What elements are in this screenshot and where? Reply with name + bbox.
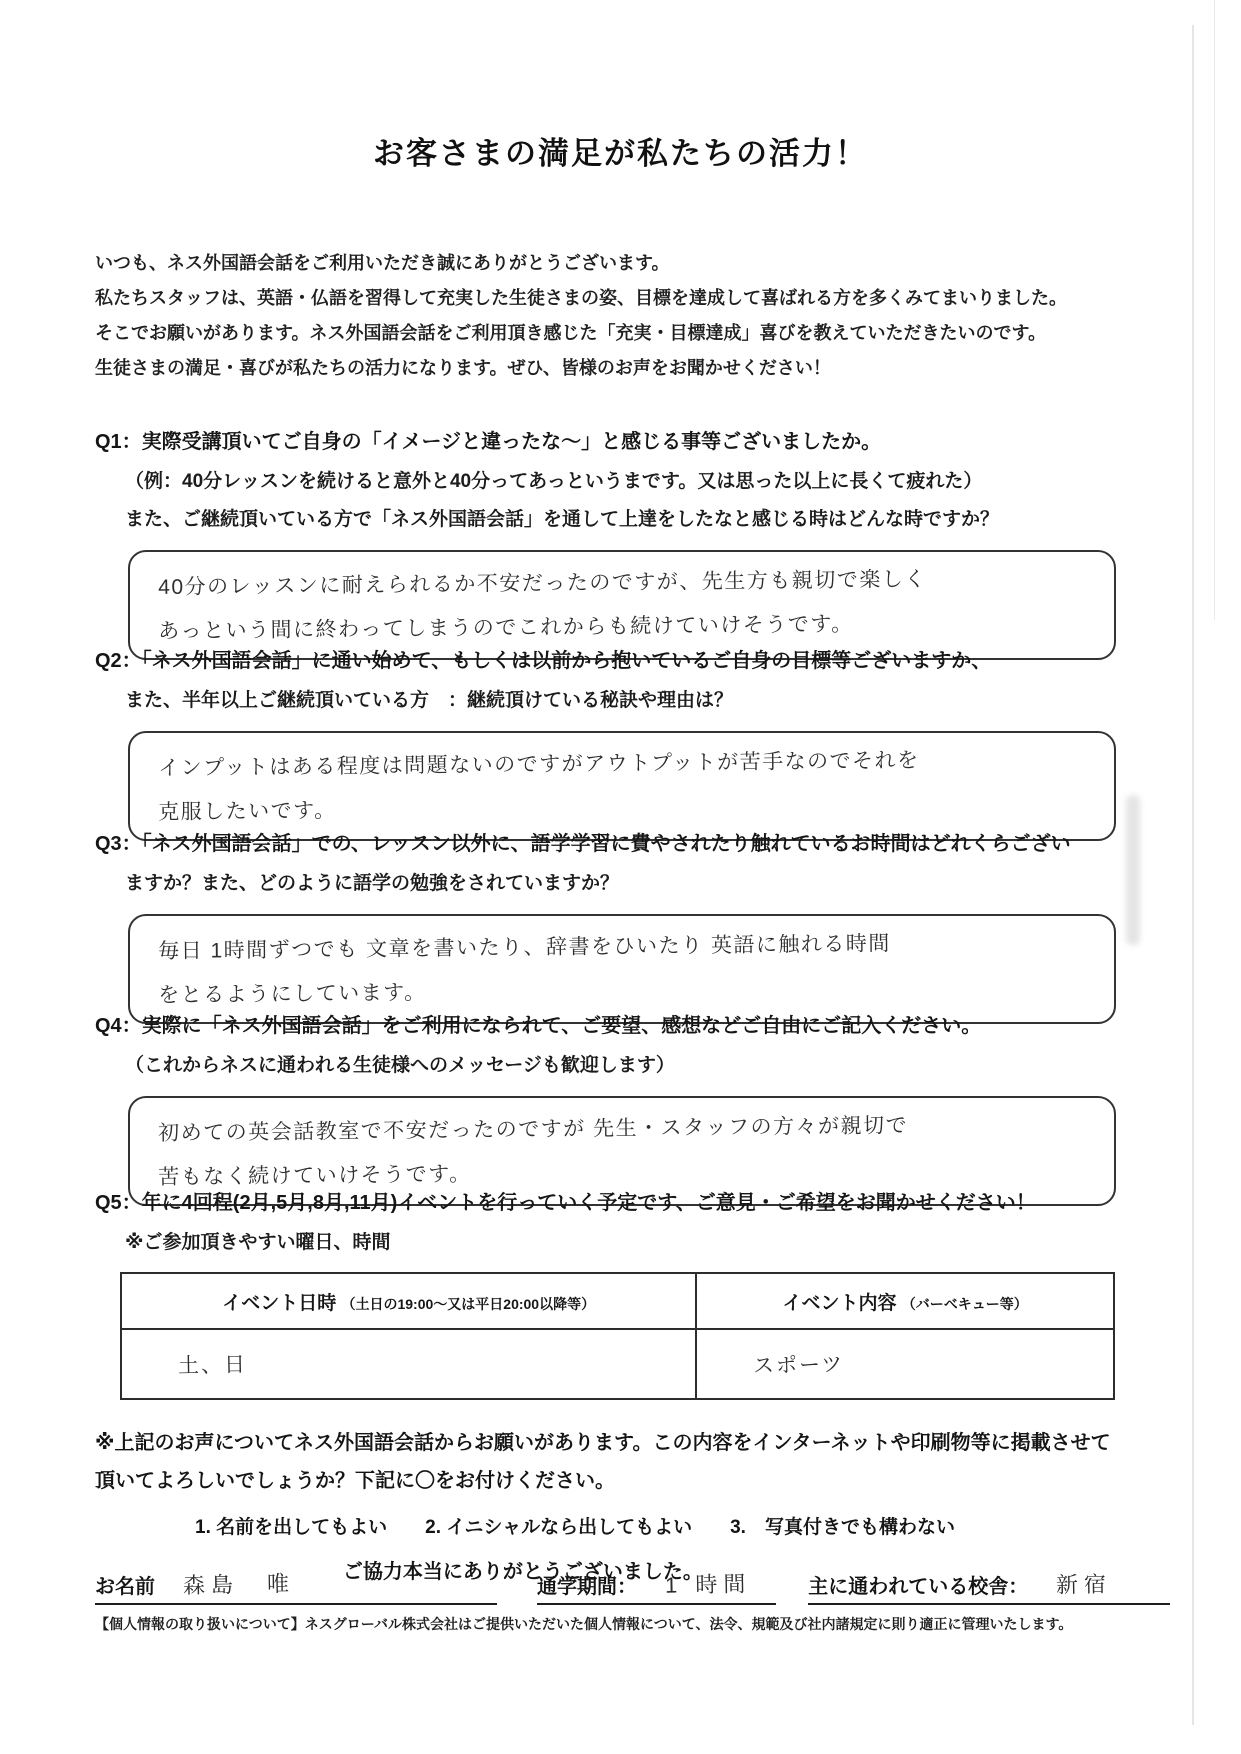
event-content-label: イベント内容: [783, 1293, 897, 1314]
handwritten-name: 森島 唯: [183, 1567, 296, 1600]
q2-answer-box: インプットはある程度は問題ないのですがアウトプットが苦手なのでそれを 克服したい…: [128, 731, 1116, 841]
event-table-header-row: イベント日時 （土日の19:00～又は平日20:00以降等） イベント内容 （バ…: [121, 1273, 1114, 1329]
q4-subprompt: （これからネスに通われる生徒様へのメッセージも歓迎します）: [125, 1050, 1116, 1082]
privacy-note: 【個人情報の取り扱いについて】ネスグローバル株式会社はご提供いただいた個人情報に…: [95, 1614, 1072, 1634]
q2-prompt: Q2：「ネス外国語会話」に通い始めて、もしくは以前から抱いているご自身の目標等ご…: [95, 643, 1116, 679]
handwritten-event-content: スポーツ: [753, 1348, 845, 1380]
event-datetime-note: （土日の19:00～又は平日20:00以降等）: [341, 1296, 595, 1312]
question-q3: Q3：「ネス外国語会話」での、レッスン以外に、語学学習に費やされたり触れているお…: [95, 826, 1116, 1024]
q5-prompt: Q5：年に4回程(2月,5月,8月,11月)イベントを行っていく予定です、ご意見…: [95, 1185, 1036, 1221]
event-table-header-datetime: イベント日時 （土日の19:00～又は平日20:00以降等）: [121, 1273, 696, 1329]
intro-line: いつも、ネス外国語会話をご利用いただき誠にありがとうございます。: [95, 246, 1067, 281]
scan-artifact-line: [1214, 0, 1215, 620]
name-label: お名前: [95, 1570, 155, 1599]
school-field: 主に通われている校舎： 新宿: [808, 1568, 1170, 1605]
name-field: お名前 森島 唯: [95, 1568, 497, 1605]
handwritten-enrollment-period: 1 時間: [665, 1567, 752, 1600]
permission-line: ※上記のお声についてネス外国語会話からお願いがあります。この内容をインターネット…: [95, 1424, 1111, 1462]
permission-options: 1. 名前を出してもよい 2. イニシャルなら出してもよい 3. 写真付きでも構…: [195, 1509, 1111, 1547]
school-label: 主に通われている校舎：: [808, 1570, 1028, 1599]
scan-artifact-smudge: [1126, 795, 1140, 945]
enrollment-period-label: 通学期間：: [537, 1570, 637, 1599]
handwritten-event-datetime: 土、日: [178, 1348, 248, 1379]
intro-line: そこでお願いがあります。ネス外国語会話をご利用頂き感じた「充実・目標達成」喜びを…: [95, 316, 1067, 351]
event-table: イベント日時 （土日の19:00～又は平日20:00以降等） イベント内容 （バ…: [120, 1272, 1115, 1400]
permission-line: 頂いてよろしいでしょうか？下記に〇をお付けください。: [95, 1462, 1111, 1500]
page-title: お客さまの満足が私たちの活力！: [0, 128, 1241, 173]
signature-row: お名前 森島 唯 通学期間： 1 時間 主に通われている校舎： 新宿: [95, 1568, 1170, 1605]
question-q2: Q2：「ネス外国語会話」に通い始めて、もしくは以前から抱いているご自身の目標等ご…: [95, 643, 1116, 841]
event-datetime-label: イベント日時: [222, 1293, 336, 1314]
event-content-cell: スポーツ: [696, 1329, 1114, 1399]
question-q4: Q4：実際に「ネス外国語会話」をご利用になられて、ご要望、感想などご自由にご記入…: [95, 1008, 1116, 1206]
publication-permission: ※上記のお声についてネス外国語会話からお願いがあります。この内容をインターネット…: [95, 1424, 1111, 1591]
q4-prompt: Q4：実際に「ネス外国語会話」をご利用になられて、ご要望、感想などご自由にご記入…: [95, 1008, 1116, 1044]
q1-subprompt: また、ご継続頂いている方で「ネス外国語会話」を通して上達をしたなと感じる時はどん…: [125, 504, 1116, 536]
q3-subprompt: ますか？また、どのように語学の勉強をされていますか？: [125, 868, 1116, 900]
intro-paragraph: いつも、ネス外国語会話をご利用いただき誠にありがとうございます。 私たちスタッフ…: [95, 246, 1067, 386]
event-content-note: （バーベキュー等）: [902, 1296, 1028, 1312]
event-table-header-content: イベント内容 （バーベキュー等）: [696, 1273, 1114, 1329]
q1-example: （例：40分レッスンを続けると意外と40分ってあっというまです。又は思った以上に…: [125, 466, 1116, 498]
intro-line: 私たちスタッフは、英語・仏語を習得して充実した生徒さまの姿、目標を達成して喜ばれ…: [95, 281, 1067, 316]
survey-page: お客さまの満足が私たちの活力！ いつも、ネス外国語会話をご利用いただき誠にありが…: [0, 0, 1241, 1754]
enrollment-period-field: 通学期間： 1 時間: [537, 1568, 776, 1605]
event-datetime-cell: 土、日: [121, 1329, 696, 1399]
intro-line: 生徒さまの満足・喜びが私たちの活力になります。ぜひ、皆様のお声をお聞かせください…: [95, 351, 1067, 386]
question-q5: Q5：年に4回程(2月,5月,8月,11月)イベントを行っていく予定です、ご意見…: [95, 1185, 1036, 1259]
scan-artifact-line: [1192, 25, 1194, 1725]
event-table-data-row: 土、日 スポーツ: [121, 1329, 1114, 1399]
q3-prompt: Q3：「ネス外国語会話」での、レッスン以外に、語学学習に費やされたり触れているお…: [95, 826, 1116, 862]
q1-prompt: Q1：実際受講頂いてご自身の「イメージと違ったな～」と感じる事等ございましたか。: [95, 424, 1116, 460]
handwritten-school: 新宿: [1056, 1568, 1113, 1600]
q5-subprompt: ※ご参加頂きやすい曜日、時間: [125, 1227, 1036, 1259]
q2-subprompt: また、半年以上ご継続頂いている方 ：継続頂けている秘訣や理由は？: [125, 685, 1116, 717]
question-q1: Q1：実際受講頂いてご自身の「イメージと違ったな～」と感じる事等ございましたか。…: [95, 424, 1116, 660]
